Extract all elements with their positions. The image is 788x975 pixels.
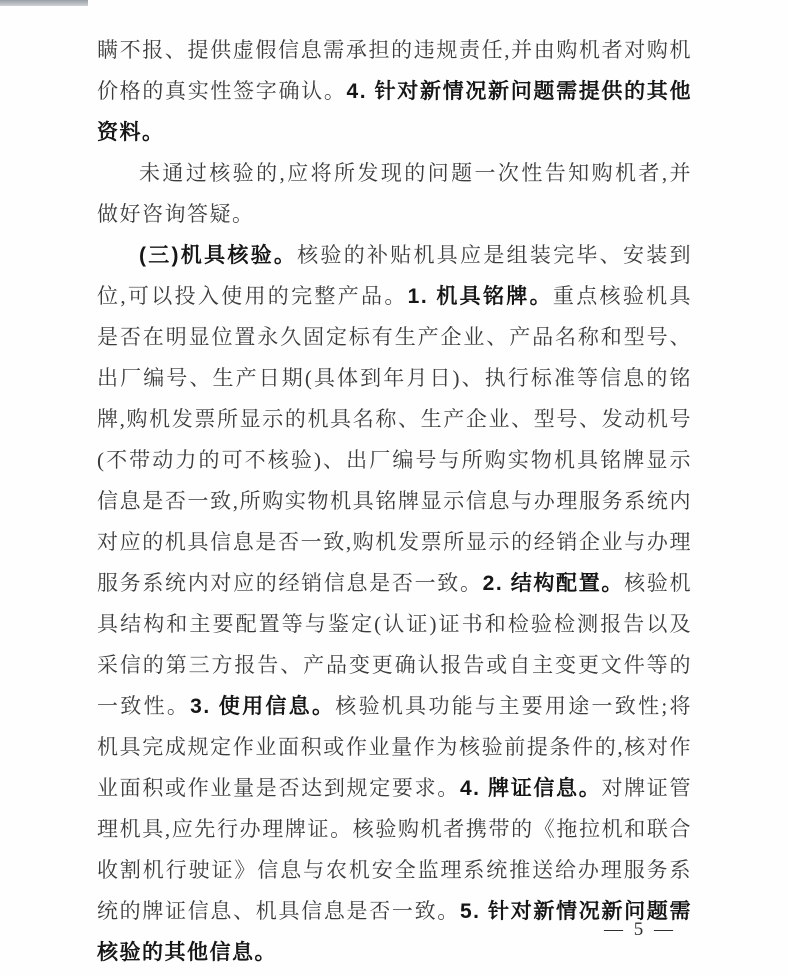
text-run-bold: 4. 牌证信息。 xyxy=(460,777,601,800)
page-number: — 5 — xyxy=(604,919,676,941)
text-run-bold: 3. 使用信息。 xyxy=(190,695,335,718)
text-run-bold: 1. 机具铭牌。 xyxy=(408,285,553,308)
document-page: 瞒不报、提供虚假信息需承担的违规责任,并由购机者对购机价格的真实性签字确认。4.… xyxy=(0,0,788,975)
paragraph: 瞒不报、提供虚假信息需承担的违规责任,并由购机者对购机价格的真实性签字确认。4.… xyxy=(97,30,692,153)
text-run: 重点核验机具是否在明显位置永久固定标有生产企业、产品名称和型号、出厂编号、生产日… xyxy=(97,284,692,595)
paragraph: (三)机具核验。核验的补贴机具应是组装完毕、安装到位,可以投入使用的完整产品。1… xyxy=(97,235,692,973)
document-body: 瞒不报、提供虚假信息需承担的违规责任,并由购机者对购机价格的真实性签字确认。4.… xyxy=(97,30,692,973)
scan-artifact-bar xyxy=(0,0,88,6)
text-run: 未通过核验的,应将所发现的问题一次性告知购机者,并做好咨询答疑。 xyxy=(97,161,692,226)
text-run-bold: 2. 结构配置。 xyxy=(483,572,624,595)
paragraph: 未通过核验的,应将所发现的问题一次性告知购机者,并做好咨询答疑。 xyxy=(97,153,692,235)
text-run-bold: (三)机具核验。 xyxy=(139,244,297,267)
